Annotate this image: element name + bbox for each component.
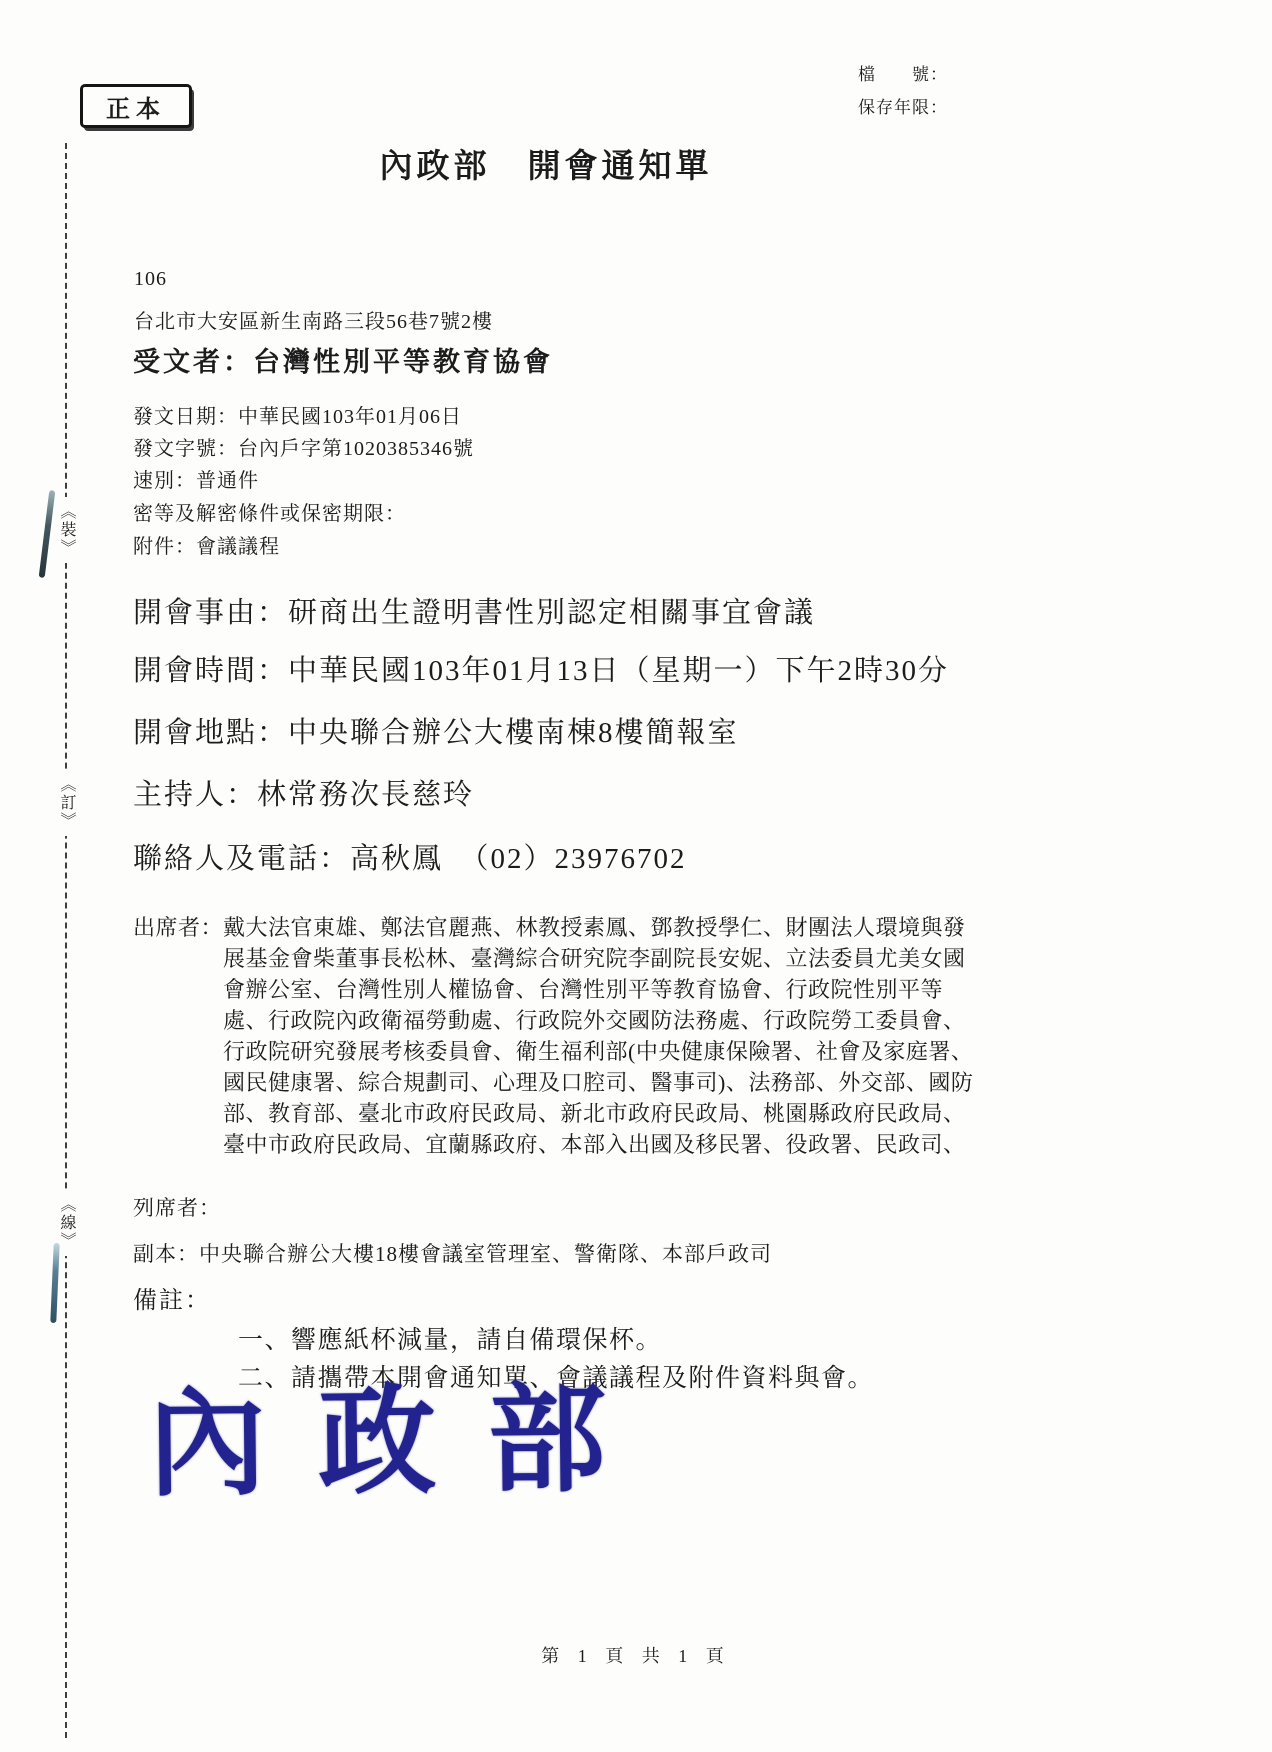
security-class: 密等及解密條件或保密期限： — [133, 497, 406, 526]
postal-code: 106 — [134, 268, 167, 291]
meeting-time: 開會時間：中華民國103年01月13日（星期一）下午2時30分 — [133, 648, 949, 689]
meeting-chair: 主持人：林常務次長慈玲 — [133, 772, 474, 813]
speed-class: 速別：普通件 — [133, 464, 259, 493]
doc-number: 發文字號：台內戶字第1020385346號 — [133, 432, 474, 461]
recipient-line: 受文者：台灣性別平等教育協會 — [133, 340, 553, 379]
attendees-lines: 戴大法官東雄、鄭法官麗燕、林教授素鳳、鄧教授學仁、財團法人環境與發 展基金會柴董… — [223, 912, 973, 1160]
meeting-subject: 開會事由：研商出生證明書性別認定相關事宜會議 — [133, 590, 815, 631]
remark-item: 一、響應紙杯減量，請自備環保杯。 — [238, 1320, 662, 1356]
meeting-contact: 聯絡人及電話：高秋鳳 （02）23976702 — [133, 836, 687, 877]
file-number-label: 檔 號： — [858, 58, 948, 91]
attendees-line: 戴大法官東雄、鄭法官麗燕、林教授素鳳、鄧教授學仁、財團法人環境與發 — [223, 912, 973, 943]
attendees-label: 出席者： — [133, 912, 223, 943]
meeting-place: 開會地點：中央聯合辦公大樓南棟8樓簡報室 — [133, 710, 739, 751]
attendees-line: 行政院研究發展考核委員會、衛生福利部(中央健康保險署、社會及家庭署、 — [223, 1036, 973, 1067]
retention-label: 保存年限： — [858, 91, 948, 124]
ministry-stamp: 內政部 — [147, 1375, 658, 1510]
recipient-address: 台北市大安區新生南路三段56巷7號2樓 — [134, 305, 493, 334]
attendees-line: 處、行政院內政衛福勞動處、行政院外交國防法務處、行政院勞工委員會、 — [223, 1005, 973, 1036]
attendees-line: 臺中市政府民政局、宜蘭縣政府、本部入出國及移民署、役政署、民政司、 — [223, 1129, 973, 1160]
attendees-line: 展基金會柴董事長松林、臺灣綜合研究院李副院長安妮、立法委員尤美女國 — [223, 943, 973, 974]
attendees-line: 國民健康署、綜合規劃司、心理及口腔司、醫事司)、法務部、外交部、國防 — [223, 1067, 973, 1098]
copy-type-box: 正本 — [80, 84, 192, 128]
observers-label: 列席者： — [133, 1192, 221, 1222]
scanned-meeting-notice: 《裝》 《訂》 《線》 正本 檔 號： 保存年限： 內政部 開會通知單 106 … — [0, 0, 1272, 1752]
issue-date: 發文日期：中華民國103年01月06日 — [133, 400, 462, 429]
attendees-block: 出席者： 戴大法官東雄、鄭法官麗燕、林教授素鳳、鄧教授學仁、財團法人環境與發 展… — [133, 912, 973, 1160]
attendees-line: 部、教育部、臺北市政府民政局、新北市政府民政局、桃園縣政府民政局、 — [223, 1098, 973, 1129]
binding-mark-xian: 《線》 — [44, 1190, 88, 1256]
binding-dashed-line — [65, 143, 67, 1738]
cc-line: 副本：中央聯合辦公大樓18樓會議室管理室、警衛隊、本部戶政司 — [133, 1238, 772, 1268]
binding-mark-ding: 《訂》 — [44, 770, 88, 836]
remarks-label: 備註： — [133, 1280, 211, 1315]
archival-labels: 檔 號： 保存年限： — [858, 58, 948, 124]
page-title: 內政部 開會通知單 — [0, 140, 1182, 187]
page-number: 第 1 頁 共 1 頁 — [0, 1642, 1272, 1668]
attendees-line: 會辦公室、台灣性別人權協會、台灣性別平等教育協會、行政院性別平等 — [223, 974, 973, 1005]
attachment: 附件：會議議程 — [133, 530, 280, 559]
